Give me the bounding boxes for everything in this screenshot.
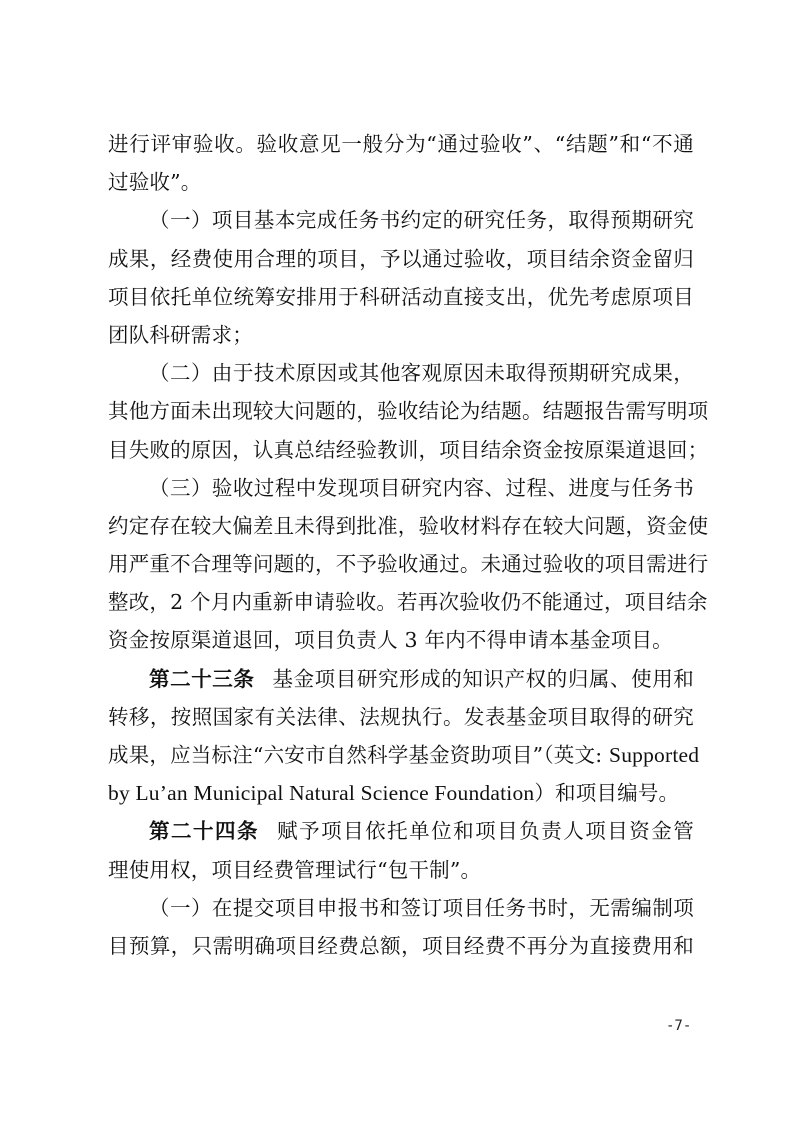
clause-one-line: （一）项目基本完成任务书约定的研究任务，取得预期研究 [108, 201, 694, 239]
article-23-line-4: by Lu’an Municipal Natural Science Found… [108, 774, 694, 812]
text-line: 约定存在较大偏差且未得到批准，验收材料存在较大问题，资金使 [108, 507, 694, 545]
text-line: 项目依托单位统筹安排用于科研活动直接支出，优先考虑原项目 [108, 278, 694, 316]
text-line: 整改，2 个月内重新申请验收。若再次验收仍不能通过，项目结余 [108, 583, 694, 621]
text-span: 赋予项目依托单位和项目负责人项目资金管 [277, 819, 694, 843]
text-line: 资金按原渠道退回，项目负责人 3 年内不得申请本基金项目。 [108, 621, 694, 659]
article-23-line-3: 成果，应当标注“六安市自然科学基金资助项目”（英文: Supported [108, 736, 694, 774]
page-number: -7- [666, 1018, 691, 1034]
text-line: 目预算，只需明确项目经费总额，项目经费不再分为直接费用和 [108, 927, 694, 965]
text-line: 理使用权，项目经费管理试行“包干制”。 [108, 851, 694, 889]
text-line: 过验收”。 [108, 163, 694, 201]
text-span: ）和项目编号。 [534, 781, 679, 805]
article-22-continuation: 进行评审验收。验收意见一般分为“通过验收”、“结题”和“不通 过验收”。 （一）… [108, 125, 694, 660]
clause-three-line: （三）验收过程中发现项目研究内容、过程、进度与任务书 [108, 469, 694, 507]
article-23: 第二十三条基金项目研究形成的知识产权的归属、使用和 转移，按照国家有关法律、法规… [108, 660, 694, 813]
article-23-heading: 第二十三条 [149, 667, 254, 691]
article-24-line-1: 第二十四条赋予项目依托单位和项目负责人项目资金管 [108, 812, 694, 850]
article-24-heading: 第二十四条 [149, 819, 259, 843]
article-23-line-1: 第二十三条基金项目研究形成的知识产权的归属、使用和 [108, 660, 694, 698]
text-line: 成果，经费使用合理的项目，予以通过验收，项目结余资金留归 [108, 240, 694, 278]
clause-one-line: （一）在提交项目申报书和签订项目任务书时，无需编制项 [108, 889, 694, 927]
text-span: 基金项目研究形成的知识产权的归属、使用和 [272, 667, 694, 691]
text-line: 其他方面未出现较大问题的，验收结论为结题。结题报告需写明项 [108, 392, 694, 430]
document-page: 进行评审验收。验收意见一般分为“通过验收”、“结题”和“不通 过验收”。 （一）… [108, 125, 694, 965]
english-text: by Lu’an Municipal Natural Science Found… [108, 781, 534, 805]
text-line: 进行评审验收。验收意见一般分为“通过验收”、“结题”和“不通 [108, 125, 694, 163]
clause-two-line: （二）由于技术原因或其他客观原因未取得预期研究成果， [108, 354, 694, 392]
english-text: Supported [609, 743, 699, 767]
text-line: 转移，按照国家有关法律、法规执行。发表基金项目取得的研究 [108, 698, 694, 736]
article-24: 第二十四条赋予项目依托单位和项目负责人项目资金管 理使用权，项目经费管理试行“包… [108, 812, 694, 965]
text-line: 目失败的原因，认真总结经验教训，项目结余资金按原渠道退回； [108, 431, 694, 469]
text-line: 团队科研需求； [108, 316, 694, 354]
text-line: 用严重不合理等问题的，不予验收通过。未通过验收的项目需进行 [108, 545, 694, 583]
text-span: 成果，应当标注“六安市自然科学基金资助项目”（英文: [108, 743, 609, 767]
